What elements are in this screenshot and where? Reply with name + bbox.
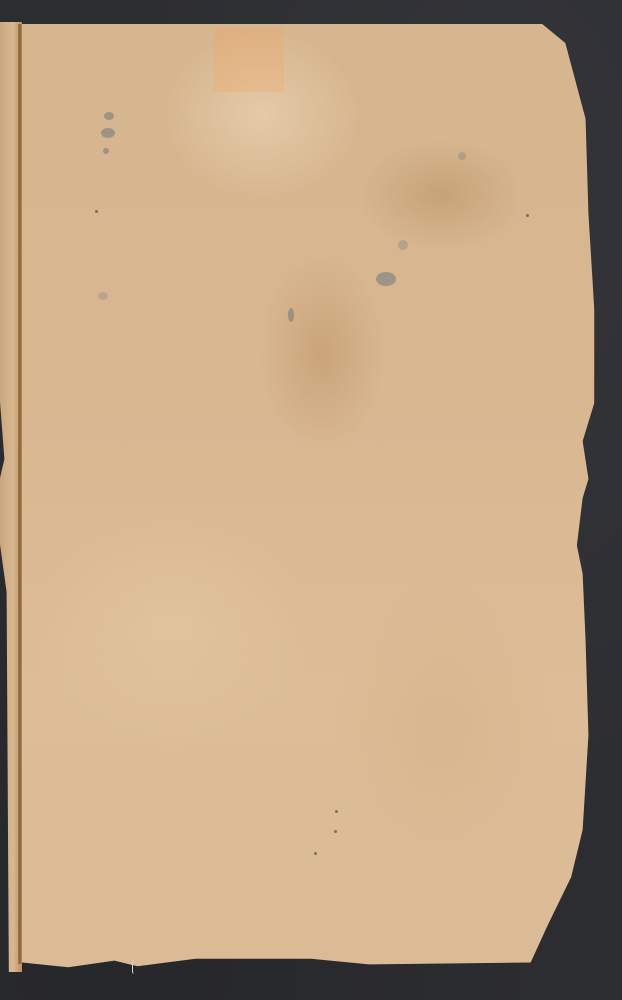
speck xyxy=(95,210,98,213)
mold-spot xyxy=(98,292,108,300)
blank-paper-page xyxy=(22,24,600,972)
speck xyxy=(334,830,337,833)
speck xyxy=(335,810,338,813)
mold-spot xyxy=(398,240,408,250)
mold-spot xyxy=(458,152,466,160)
mold-spot xyxy=(376,272,396,286)
mold-spot xyxy=(288,308,294,322)
speck xyxy=(526,214,529,217)
mold-spot xyxy=(103,148,109,154)
mold-spot xyxy=(101,128,115,138)
paper-fiber xyxy=(132,960,137,974)
binding-gutter xyxy=(18,24,22,964)
tape-residue-patch xyxy=(214,28,284,92)
mold-spot xyxy=(104,112,114,120)
speck xyxy=(314,852,317,855)
